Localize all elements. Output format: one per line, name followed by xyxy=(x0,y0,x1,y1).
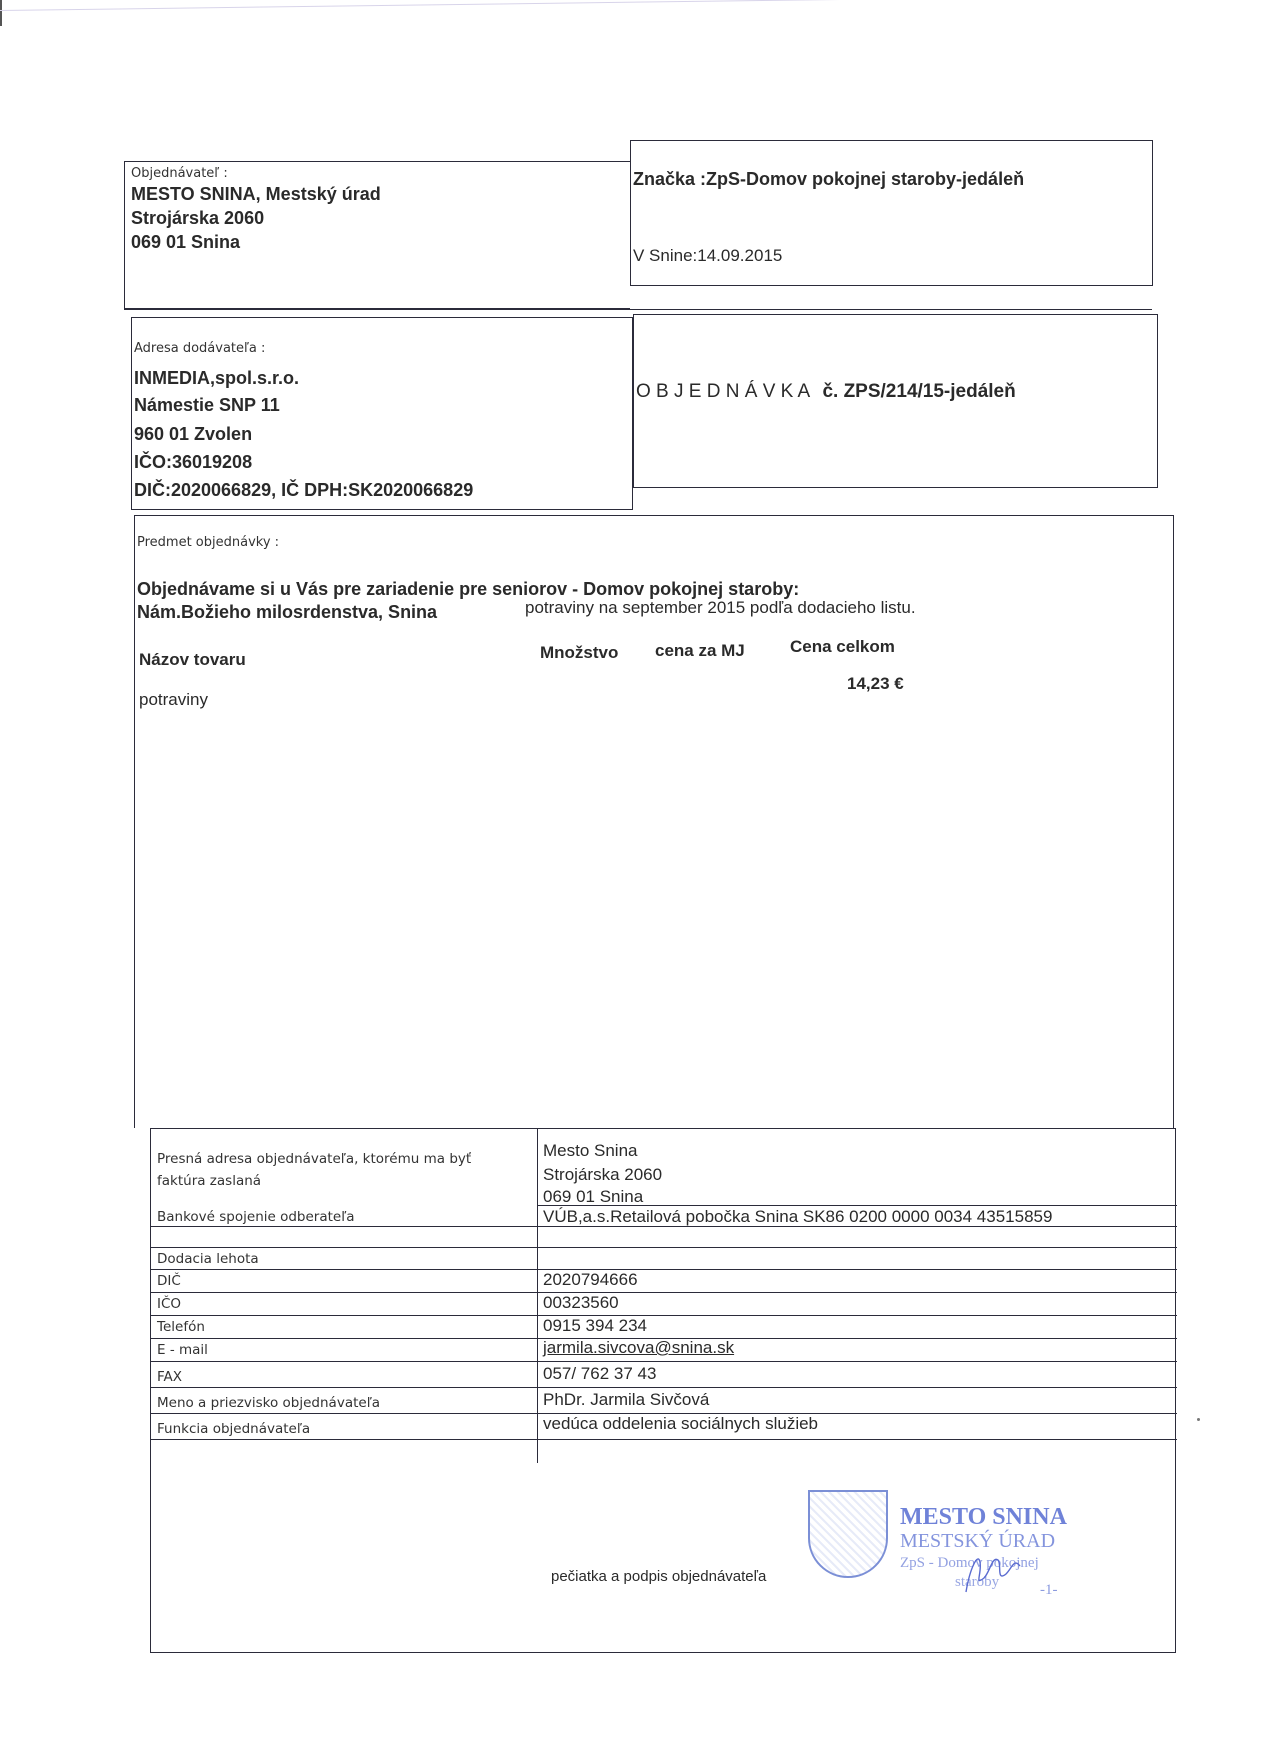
coat-of-arms-icon xyxy=(808,1490,888,1578)
divider xyxy=(151,1361,1177,1362)
item-total: 14,23 € xyxy=(847,674,904,694)
orderer-name: MESTO SNINA, Mestský úrad xyxy=(131,184,381,205)
divider xyxy=(151,1439,1177,1440)
orderer-street: Strojárska 2060 xyxy=(131,208,264,229)
subject-note: potraviny na september 2015 podľa dodaci… xyxy=(525,598,916,618)
row-label: Telefón xyxy=(157,1319,205,1335)
column-unit-price: cena za MJ xyxy=(655,641,745,661)
email-link[interactable]: jarmila.sivcova@snina.sk xyxy=(543,1338,734,1358)
subject-line2: Nám.Božieho milosrdenstva, Snina xyxy=(137,602,437,623)
order-number: č. ZPS/214/15-jedáleň xyxy=(822,381,1015,402)
subject-label: Predmet objednávky : xyxy=(137,535,279,550)
row-label: Presná adresa objednávateľa, ktorému ma … xyxy=(157,1151,471,1167)
supplier-block: Adresa dodávateľa : INMEDIA,spol.s.r.o. … xyxy=(131,317,633,510)
row-label: Dodacia lehota xyxy=(157,1251,259,1267)
row-label: faktúra zaslaná xyxy=(157,1173,261,1189)
divider xyxy=(151,1247,1177,1248)
row-label: IČO xyxy=(157,1296,181,1312)
reference-block: Značka :ZpS-Domov pokojnej staroby-jedál… xyxy=(630,140,1153,286)
row-value: 069 01 Snina xyxy=(543,1187,643,1207)
orderer-city: 069 01 Snina xyxy=(131,232,240,253)
order-subject-block: Predmet objednávky : Objednávame si u Vá… xyxy=(134,515,1174,1128)
supplier-dic: DIČ:2020066829, IČ DPH:SK2020066829 xyxy=(134,480,473,501)
row-label: Bankové spojenie odberateľa xyxy=(157,1209,355,1225)
place-date: V Snine:14.09.2015 xyxy=(633,246,782,266)
supplier-label: Adresa dodávateľa : xyxy=(134,341,265,356)
column-total: Cena celkom xyxy=(790,637,895,657)
row-label: DIČ xyxy=(157,1273,181,1289)
orderer-label: Objednávateľ : xyxy=(131,166,228,181)
row-value: 057/ 762 37 43 xyxy=(543,1364,656,1384)
column-item: Názov tovaru xyxy=(139,650,246,670)
signature-label: pečiatka a podpis objednávateľa xyxy=(551,1568,766,1585)
row-value: PhDr. Jarmila Sivčová xyxy=(543,1390,709,1410)
row-value: vedúca oddelenia sociálnych služieb xyxy=(543,1414,818,1434)
signature-icon xyxy=(960,1548,1030,1598)
row-value: Strojárska 2060 xyxy=(543,1165,662,1185)
divider xyxy=(151,1269,1177,1270)
divider xyxy=(151,1387,1177,1388)
column-quantity: Množstvo xyxy=(540,643,618,663)
orderer-block: Objednávateľ : MESTO SNINA, Mestský úrad… xyxy=(124,161,630,309)
reference-mark: Značka :ZpS-Domov pokojnej staroby-jedál… xyxy=(633,169,1024,190)
row-value: VÚB,a.s.Retailová pobočka Snina SK86 020… xyxy=(543,1207,1052,1227)
supplier-street: Námestie SNP 11 xyxy=(134,395,280,416)
row-label: Funkcia objednávateľa xyxy=(157,1421,310,1437)
supplier-name: INMEDIA,spol.s.r.o. xyxy=(134,368,299,389)
subject-line1: Objednávame si u Vás pre zariadenie pre … xyxy=(137,579,799,600)
row-value: 2020794666 xyxy=(543,1270,638,1290)
stamp-page: -1- xyxy=(1040,1582,1058,1599)
row-value: 00323560 xyxy=(543,1293,619,1313)
divider xyxy=(537,1205,1177,1206)
row-value: Mesto Snina xyxy=(543,1141,638,1161)
row-label: FAX xyxy=(157,1369,182,1385)
divider xyxy=(124,309,1152,310)
item-name: potraviny xyxy=(139,690,208,710)
row-value: 0915 394 234 xyxy=(543,1316,647,1336)
order-number-block: O B J E D N Á V K A č. ZPS/214/15-jedále… xyxy=(633,314,1158,488)
supplier-ico: IČO:36019208 xyxy=(134,452,252,473)
scan-edge xyxy=(0,0,2,26)
row-label: E - mail xyxy=(157,1342,208,1358)
order-title-row: O B J E D N Á V K A č. ZPS/214/15-jedále… xyxy=(636,381,1016,403)
divider xyxy=(151,1315,1177,1316)
scan-speck xyxy=(1197,1418,1200,1421)
scan-artifact-line xyxy=(0,0,1150,11)
row-label: Meno a priezvisko objednávateľa xyxy=(157,1395,380,1411)
order-title: O B J E D N Á V K A xyxy=(636,381,809,402)
supplier-city: 960 01 Zvolen xyxy=(134,424,252,445)
stamp-line1: MESTO SNINA xyxy=(900,1504,1067,1531)
divider xyxy=(151,1292,1177,1293)
